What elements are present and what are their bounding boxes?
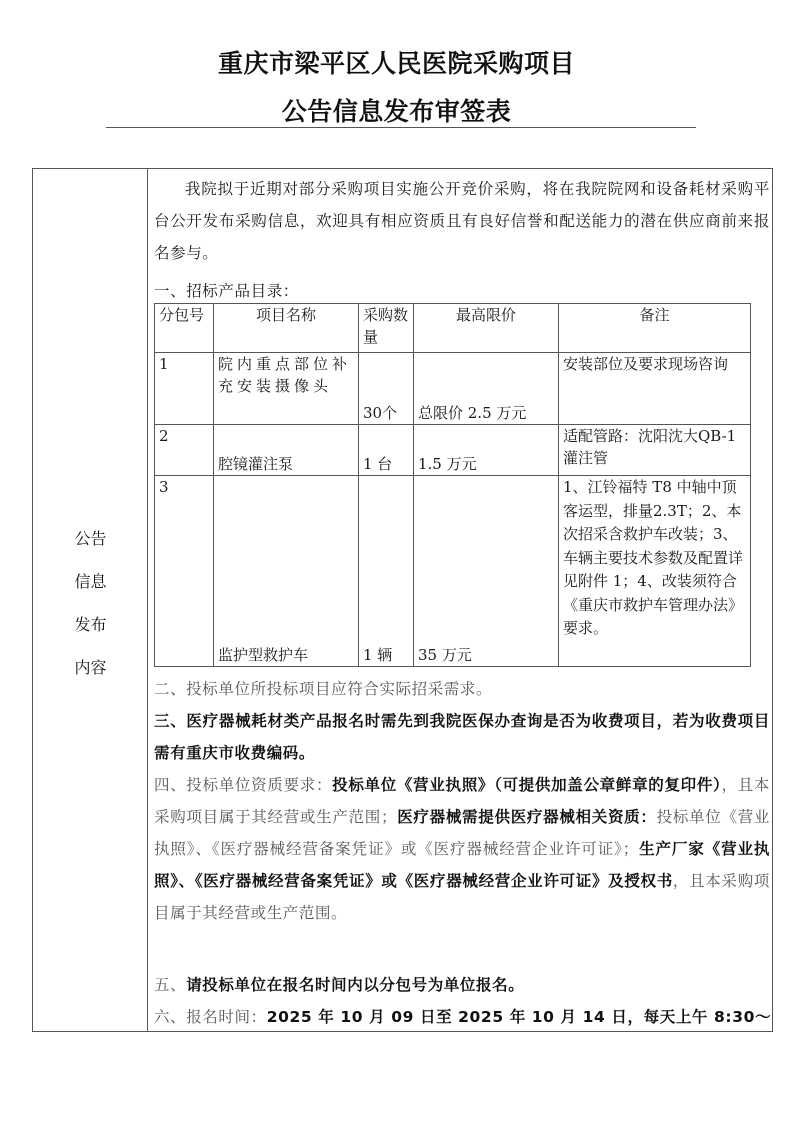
- approval-form-table: 公告 信息 发布 内容 我院拟于近期对部分采购项目实施公开竞价采购，将在我院院网…: [32, 168, 773, 1032]
- cell-remark: 适配管路：沈阳沈大QB-1 灌注管: [559, 425, 751, 476]
- cell-quantity: 1 台: [359, 425, 414, 476]
- document-title-line1: 重庆市梁平区人民医院采购项目: [0, 44, 793, 80]
- row-label-cell: 公告 信息 发布 内容: [33, 169, 148, 1031]
- cell-remark: 安装部位及要求现场咨询: [559, 353, 751, 425]
- document-title-line2: 公告信息发布审签表: [0, 92, 793, 128]
- cell-package-no: 3: [155, 476, 214, 667]
- cell-quantity: 30个: [359, 353, 414, 425]
- product-catalog-table: 分包号 项目名称 采购数量 最高限价 备注 1 院内重点部位补充安装摄像头 30…: [154, 303, 751, 667]
- table-header-row: 分包号 项目名称 采购数量 最高限价 备注: [155, 304, 751, 353]
- header-item-name: 项目名称: [214, 304, 359, 353]
- table-row: 2 腔镜灌注泵 1 台 1.5 万元 适配管路：沈阳沈大QB-1 灌注管: [155, 425, 751, 476]
- cell-item-name: 腔镜灌注泵: [214, 425, 359, 476]
- header-quantity: 采购数量: [359, 304, 414, 353]
- intro-paragraph: 我院拟于近期对部分采购项目实施公开竞价采购，将在我院院网和设备耗材采购平台公开发…: [154, 173, 770, 269]
- cell-package-no: 2: [155, 425, 214, 476]
- cell-package-no: 1: [155, 353, 214, 425]
- table-row: 3 监护型救护车 1 辆 35 万元 1、江铃福特 T8 中轴中顶客运型，排量2…: [155, 476, 751, 667]
- cell-max-price: 1.5 万元: [414, 425, 559, 476]
- row-label-line: 内容: [33, 655, 148, 678]
- cell-item-name: 院内重点部位补充安装摄像头: [214, 353, 359, 425]
- row-label-line: 公告: [33, 526, 148, 549]
- table-row: 1 院内重点部位补充安装摄像头 30个 总限价 2.5 万元 安装部位及要求现场…: [155, 353, 751, 425]
- row-label-line: 信息: [33, 569, 148, 592]
- cell-item-name: 监护型救护车: [214, 476, 359, 667]
- row-label-line: 发布: [33, 612, 148, 635]
- title-divider: [106, 127, 696, 128]
- header-max-price: 最高限价: [414, 304, 559, 353]
- cell-remark: 1、江铃福特 T8 中轴中顶客运型，排量2.3T；2、本次招采含救护车改装；3、…: [559, 476, 751, 667]
- cell-max-price: 35 万元: [414, 476, 559, 667]
- header-package-no: 分包号: [155, 304, 214, 353]
- cell-max-price: 总限价 2.5 万元: [414, 353, 559, 425]
- header-remark: 备注: [559, 304, 751, 353]
- cell-quantity: 1 辆: [359, 476, 414, 667]
